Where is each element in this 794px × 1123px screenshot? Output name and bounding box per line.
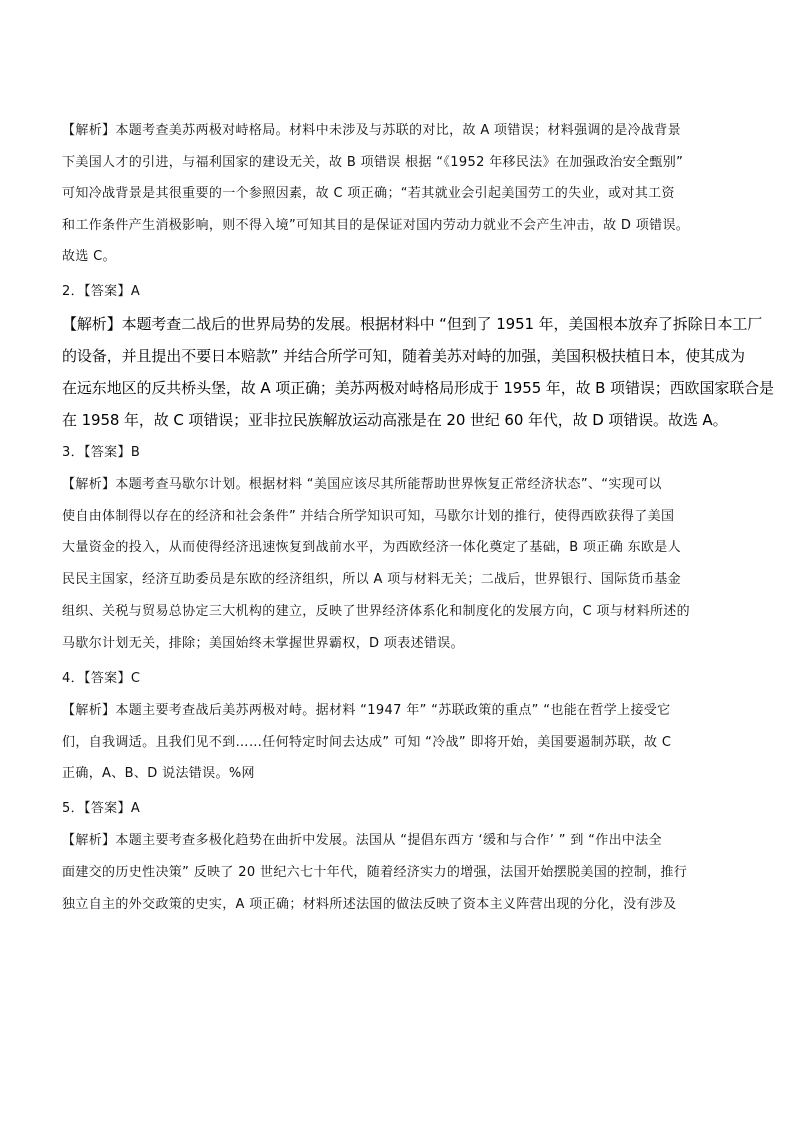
answer-5-heading: 5．【答案】A: [62, 801, 140, 817]
analysis-5-line-2: 面建交的历史性决策” 反映了 20 世纪六七十年代，随着经济实力的增强，法国开始…: [62, 865, 687, 881]
analysis-2-line-4: 在 1958 年，故 C 项错误；亚非拉民族解放运动高涨是在 20 世纪 60 …: [62, 412, 728, 428]
analysis-1-line-3: 可知冷战背景是其很重要的一个参照因素，故 C 项正确；“若其就业会引起美国劳工的…: [62, 186, 675, 202]
analysis-5-line-1: 【解析】本题主要考查多极化趋势在曲折中发展。法国从 “提倡东西方 ‘缓和与合作’…: [62, 833, 662, 849]
analysis-1-line-2: 下美国人才的引进，与福利国家的建设无关，故 B 项错误 根据 “《1952 年移…: [62, 155, 683, 171]
answer-3-heading: 3．【答案】B: [62, 445, 140, 461]
analysis-3-line-2: 使自由体制得以存在的经济和社会条件” 并结合所学知识可知，马歇尔计划的推行，使得…: [62, 509, 674, 525]
analysis-4-line-2: 们，自我调适。且我们见不到……任何特定时间去达成” 可知 “冷战” 即将开始，美…: [62, 735, 671, 751]
analysis-2-line-3: 在远东地区的反共桥头堡，故 A 项正确；美苏两极对峙格局形成于 1955 年，故…: [62, 380, 774, 396]
analysis-3-line-4: 民民主国家，经济互助委员是东欧的经济组织，所以 A 项与材料无关；二战后，世界银…: [62, 572, 681, 588]
analysis-5-line-3: 独立自主的外交政策的史实，A 项正确；材料所述法国的做法反映了资本主义阵营出现的…: [62, 897, 676, 913]
analysis-4-line-3: 正确，A、B、D 说法错误。%网: [62, 766, 255, 782]
analysis-3-line-1: 【解析】本题考查马歇尔计划。根据材料 “美国应该尽其所能帮助世界恢复正常经济状态…: [62, 477, 662, 493]
analysis-3-line-6: 马歇尔计划无关，排除；美国始终未掌握世界霸权，D 项表述错误。: [62, 636, 464, 652]
analysis-4-line-1: 【解析】本题主要考查战后美苏两极对峙。据材料 “1947 年” “苏联政策的重点…: [62, 703, 671, 719]
answer-2-heading: 2．【答案】A: [62, 284, 140, 300]
analysis-1-line-1: 【解析】本题考查美苏两极对峙格局。材料中未涉及与苏联的对比，故 A 项错误；材料…: [62, 123, 681, 139]
answer-4-heading: 4．【答案】C: [62, 671, 140, 687]
analysis-3-line-3: 大量资金的投入，从而使得经济迅速恢复到战前水平，为西欧经济一体化奠定了基础，B …: [62, 540, 681, 556]
document-page: 【解析】本题考查美苏两极对峙格局。材料中未涉及与苏联的对比，故 A 项错误；材料…: [0, 0, 794, 1123]
analysis-3-line-5: 组织、关税与贸易总协定三大机构的建立，反映了世界经济体系化和制度化的发展方向，C…: [62, 604, 690, 620]
analysis-1-line-5: 故选 C。: [62, 249, 116, 265]
analysis-2-line-2: 的设备，并且提出不要日本赔款” 并结合所学可知，随着美苏对峙的加强，美国积极扶植…: [62, 348, 745, 364]
analysis-1-line-4: 和工作条件产生消极影响，则不得入境”可知其目的是保证对国内劳动力就业不会产生冲击…: [62, 218, 689, 234]
analysis-2-line-1: 【解析】本题考查二战后的世界局势的发展。根据材料中 “但到了 1951 年，美国…: [62, 316, 762, 332]
